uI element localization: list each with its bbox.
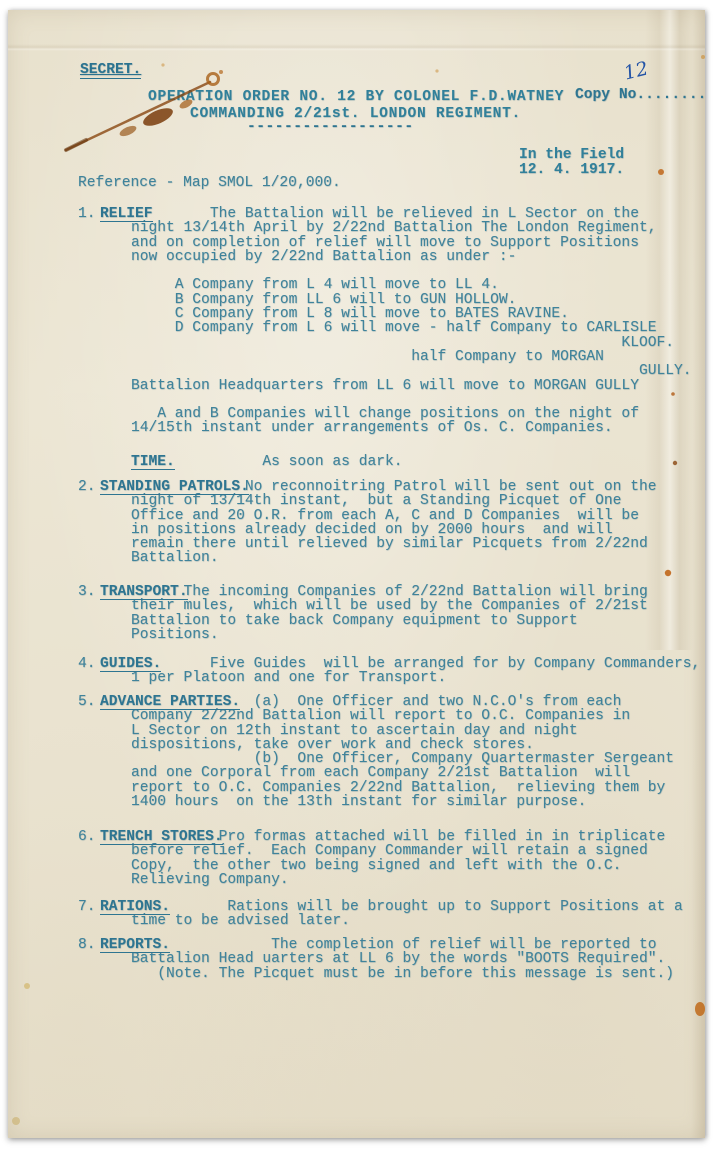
- section-body: The Battalion will be relieved in L Sect…: [131, 207, 697, 436]
- section-reports: 8. REPORTS. The completion of relief wil…: [78, 938, 697, 981]
- dateline-date: 12. 4. 1917.: [519, 163, 624, 177]
- section-trench-stores: 6. TRENCH STORES. Pro formas attached wi…: [78, 830, 697, 887]
- section-heading: TRENCH STORES.: [100, 830, 223, 845]
- section-body: Five Guides will be arranged for by Comp…: [131, 657, 697, 686]
- classification-label: SECRET.: [80, 63, 141, 79]
- section-heading: ADVANCE PARTIES.: [100, 695, 240, 710]
- section-number: 7.: [78, 900, 96, 914]
- section-number: 4.: [78, 657, 96, 671]
- section-body: (a) One Officer and two N.C.O's from eac…: [131, 695, 697, 809]
- section-body: As soon as dark.: [131, 455, 697, 469]
- section-rations: 7. RATIONS. Rations will be brought up t…: [78, 900, 697, 929]
- section-heading: TIME.: [131, 455, 175, 470]
- section-number: 5.: [78, 695, 96, 709]
- section-number: 3.: [78, 585, 96, 599]
- section-advance-parties: 5. ADVANCE PARTIES. (a) One Officer and …: [78, 695, 697, 809]
- copy-number-dots: ......: [654, 87, 707, 103]
- section-standing-patrols: 2. STANDING PATROLS. No reconnoitring Pa…: [78, 480, 697, 566]
- section-body: The incoming Companies of 2/22nd Battali…: [131, 585, 697, 642]
- section-body: The completion of relief will be reporte…: [131, 938, 697, 981]
- section-number: 6.: [78, 830, 96, 844]
- copy-number-line: Copy No........ 12: [540, 74, 706, 131]
- copy-number-label: Copy No..: [575, 87, 654, 103]
- section-guides: 4. GUIDES. Five Guides will be arranged …: [78, 657, 697, 686]
- scanned-document-photo: { "document": { "classification": "SECRE…: [0, 0, 727, 1156]
- section-heading: TRANSPORT.: [100, 585, 188, 600]
- section-number: 1.: [78, 207, 96, 221]
- section-number: 2.: [78, 480, 96, 494]
- section-transport: 3. TRANSPORT. The incoming Companies of …: [78, 585, 697, 642]
- section-heading: RELIEF: [100, 207, 153, 222]
- handwritten-copy-number: 12: [623, 61, 650, 81]
- section-heading: STANDING PATROLS.: [100, 480, 249, 495]
- section-time: TIME. As soon as dark.: [78, 455, 697, 469]
- title-dashed-rule: ------------------: [247, 120, 414, 134]
- map-reference-line: Reference - Map SMOL 1/20,000.: [78, 176, 341, 190]
- section-body: Rations will be brought up to Support Po…: [131, 900, 697, 929]
- section-heading: REPORTS.: [100, 938, 170, 953]
- title-line-1: OPERATION ORDER NO. 12 BY COLONEL F.D.WA…: [148, 90, 564, 104]
- section-heading: GUIDES.: [100, 657, 161, 672]
- section-relief: 1. RELIEF The Battalion will be relieved…: [78, 207, 697, 436]
- section-number: 8.: [78, 938, 96, 952]
- section-heading: RATIONS.: [100, 900, 170, 915]
- typed-text-layer: SECRET. Copy No........ 12 OPERATION ORD…: [8, 10, 705, 1138]
- dateline-place: In the Field: [519, 148, 624, 162]
